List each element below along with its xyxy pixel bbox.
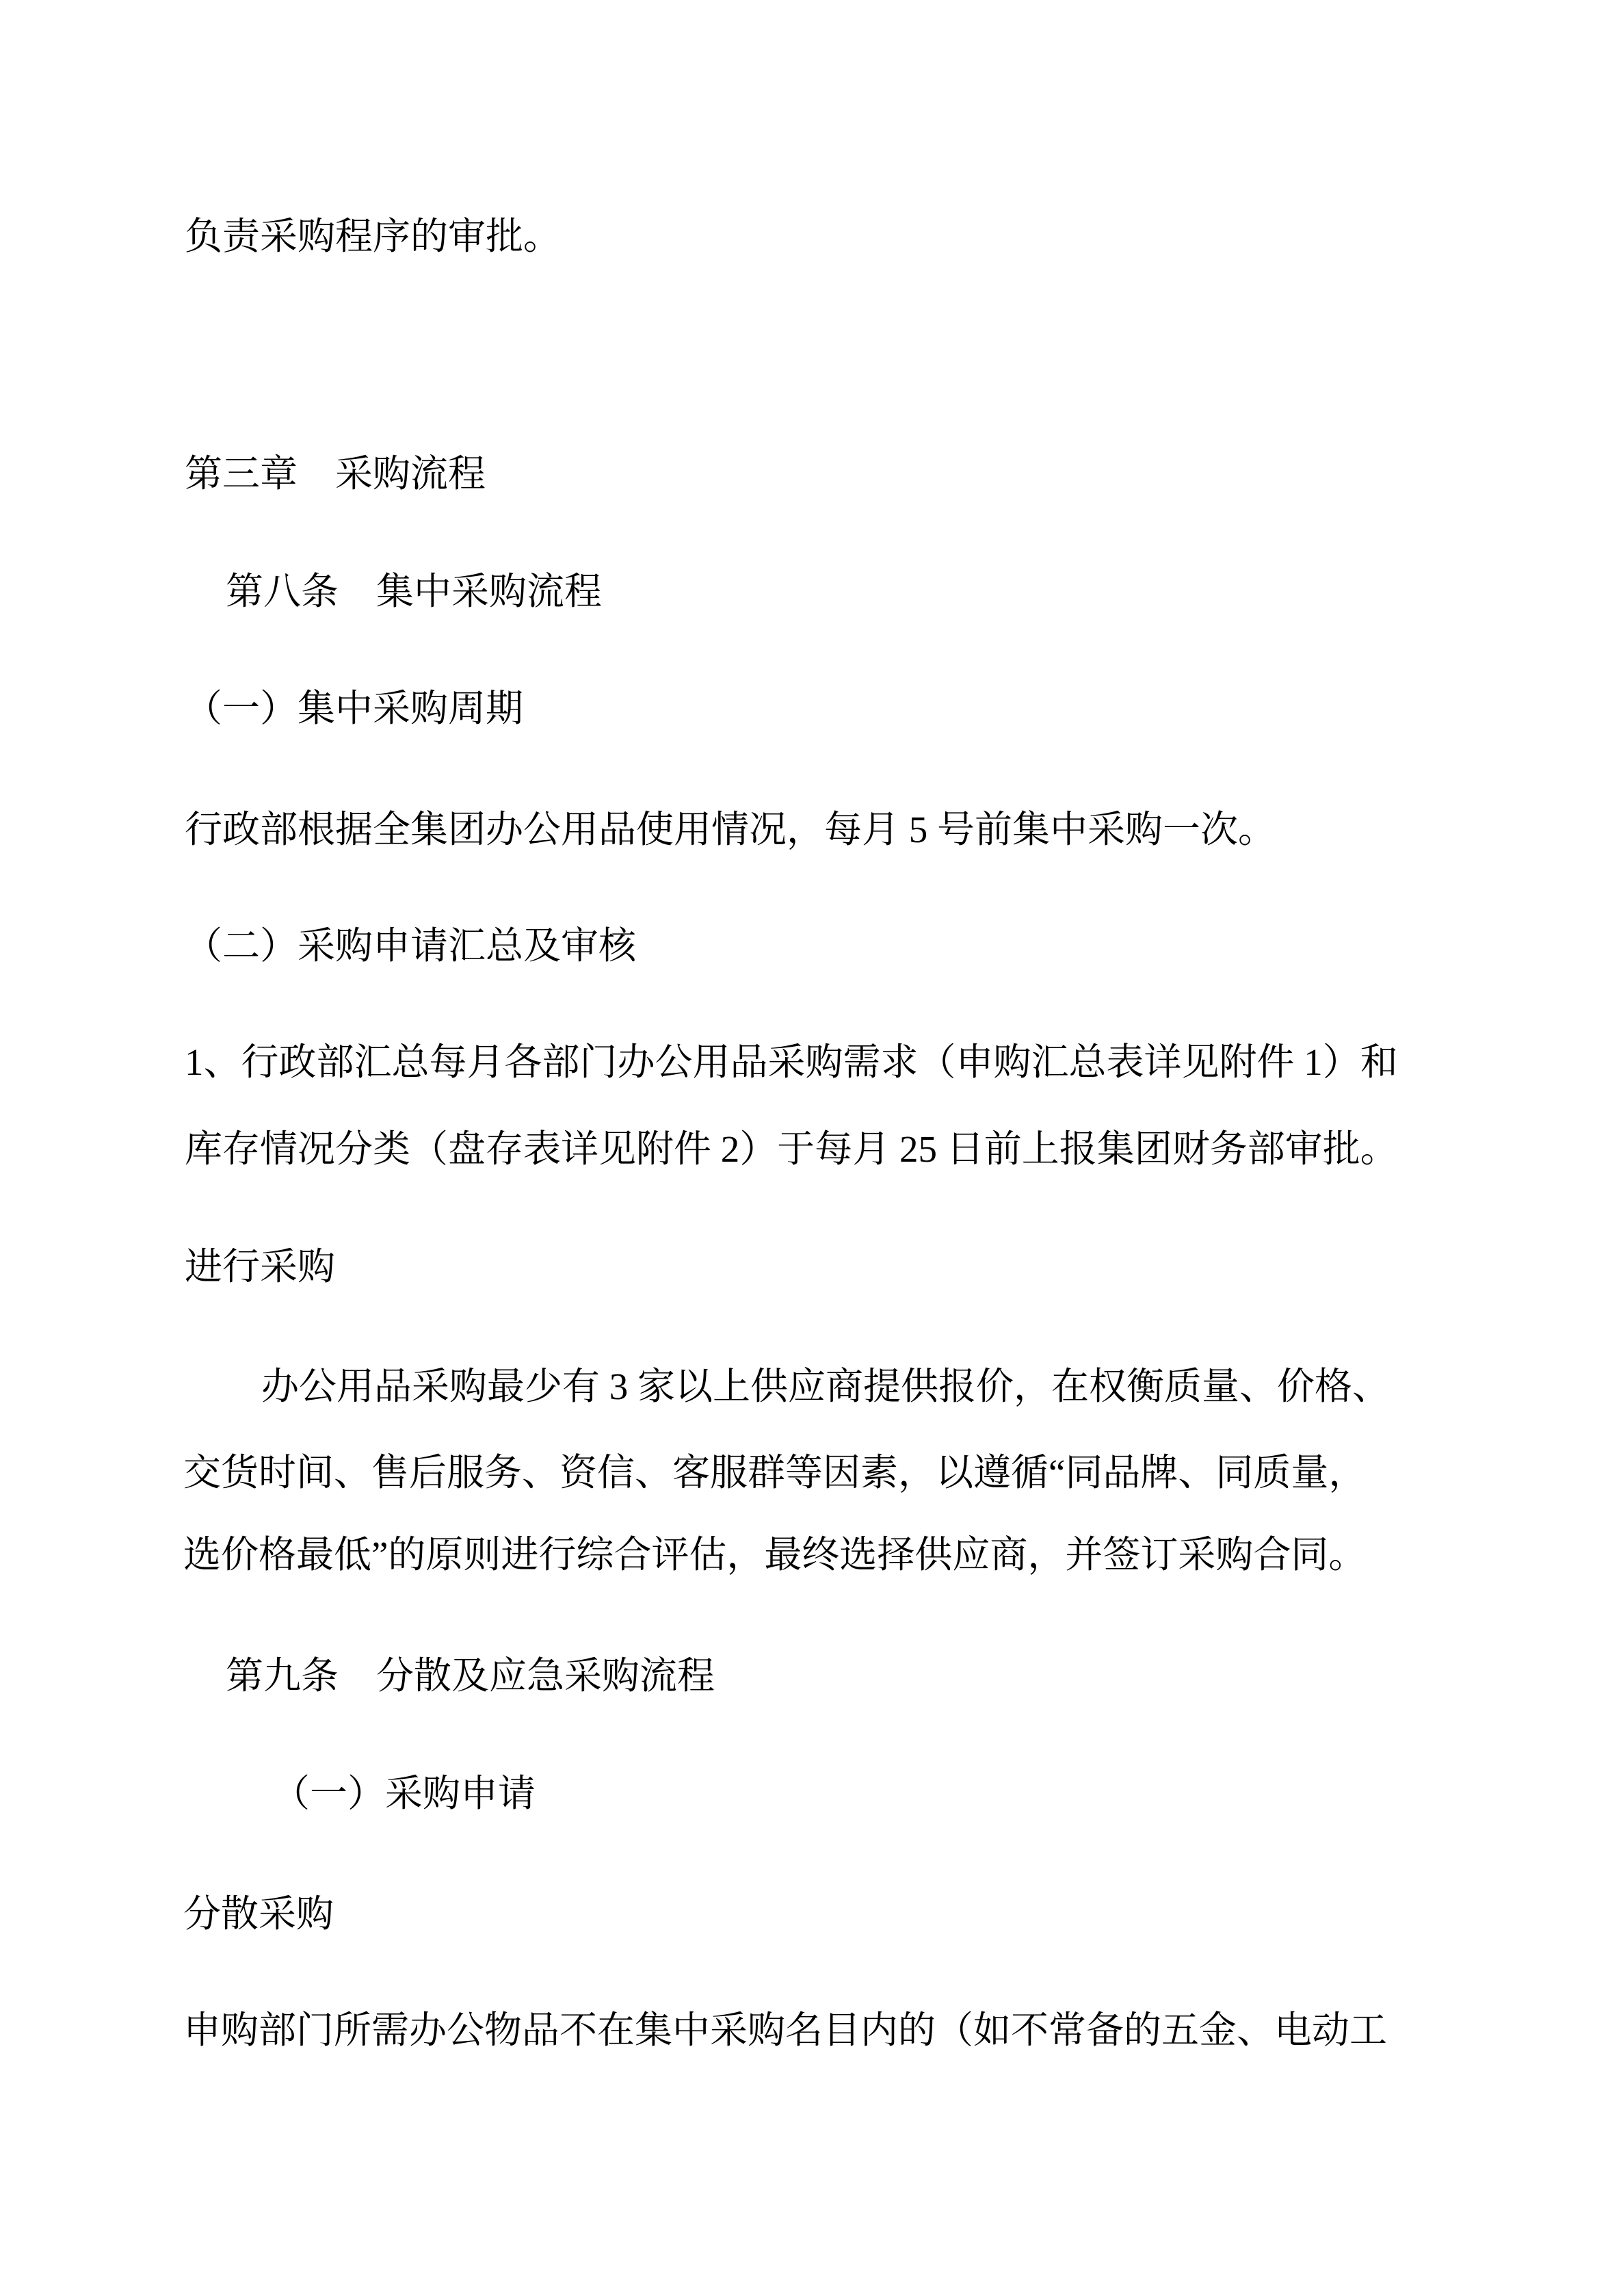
para-summary-line-1: 1、行政部汇总每月各部门办公用品采购需求（申购汇总表详见附件 1）和 bbox=[185, 1043, 1398, 1082]
article-9-heading: 第九条 分散及应急采购流程 bbox=[226, 1656, 715, 1696]
article-8-heading: 第八条 集中采购流程 bbox=[226, 572, 602, 612]
item-2-heading: （二）采购申请汇总及审核 bbox=[185, 926, 636, 966]
document-page: 负责采购程序的审批。 第三章 采购流程 第八条 集中采购流程 （一）集中采购周期… bbox=[0, 0, 1621, 2296]
chapter-3-heading: 第三章 采购流程 bbox=[185, 454, 486, 494]
para-scattered-detail-line-1: 申购部门所需办公物品不在集中采购名目内的（如不常备的五金、电动工 bbox=[183, 2011, 1387, 2050]
para-proceed-purchase: 进行采购 bbox=[185, 1247, 335, 1287]
para-quotation-line-3: 选价格最低”的原则进行综合评估，最终选择供应商，并签订采购合同。 bbox=[183, 1535, 1366, 1575]
article-9-item-1-heading: （一）采购申请 bbox=[272, 1774, 536, 1814]
para-approval-duty: 负责采购程序的审批。 bbox=[185, 217, 561, 257]
para-scattered-purchase: 分散采购 bbox=[183, 1894, 334, 1934]
para-central-purchase-cycle: 行政部根据全集团办公用品使用情况，每月 5 号前集中采购一次。 bbox=[185, 810, 1276, 850]
para-quotation-line-1: 办公用品采购最少有 3 家以上供应商提供报价，在权衡质量、价格、 bbox=[261, 1367, 1390, 1407]
item-1-heading: （一）集中采购周期 bbox=[185, 689, 523, 729]
para-quotation-line-2: 交货时间、售后服务、资信、客服群等因素，以遵循“同品牌、同质量， bbox=[183, 1453, 1366, 1493]
para-summary-line-2: 库存情况分类（盘存表详见附件 2）于每月 25 日前上报集团财务部审批。 bbox=[185, 1130, 1398, 1169]
